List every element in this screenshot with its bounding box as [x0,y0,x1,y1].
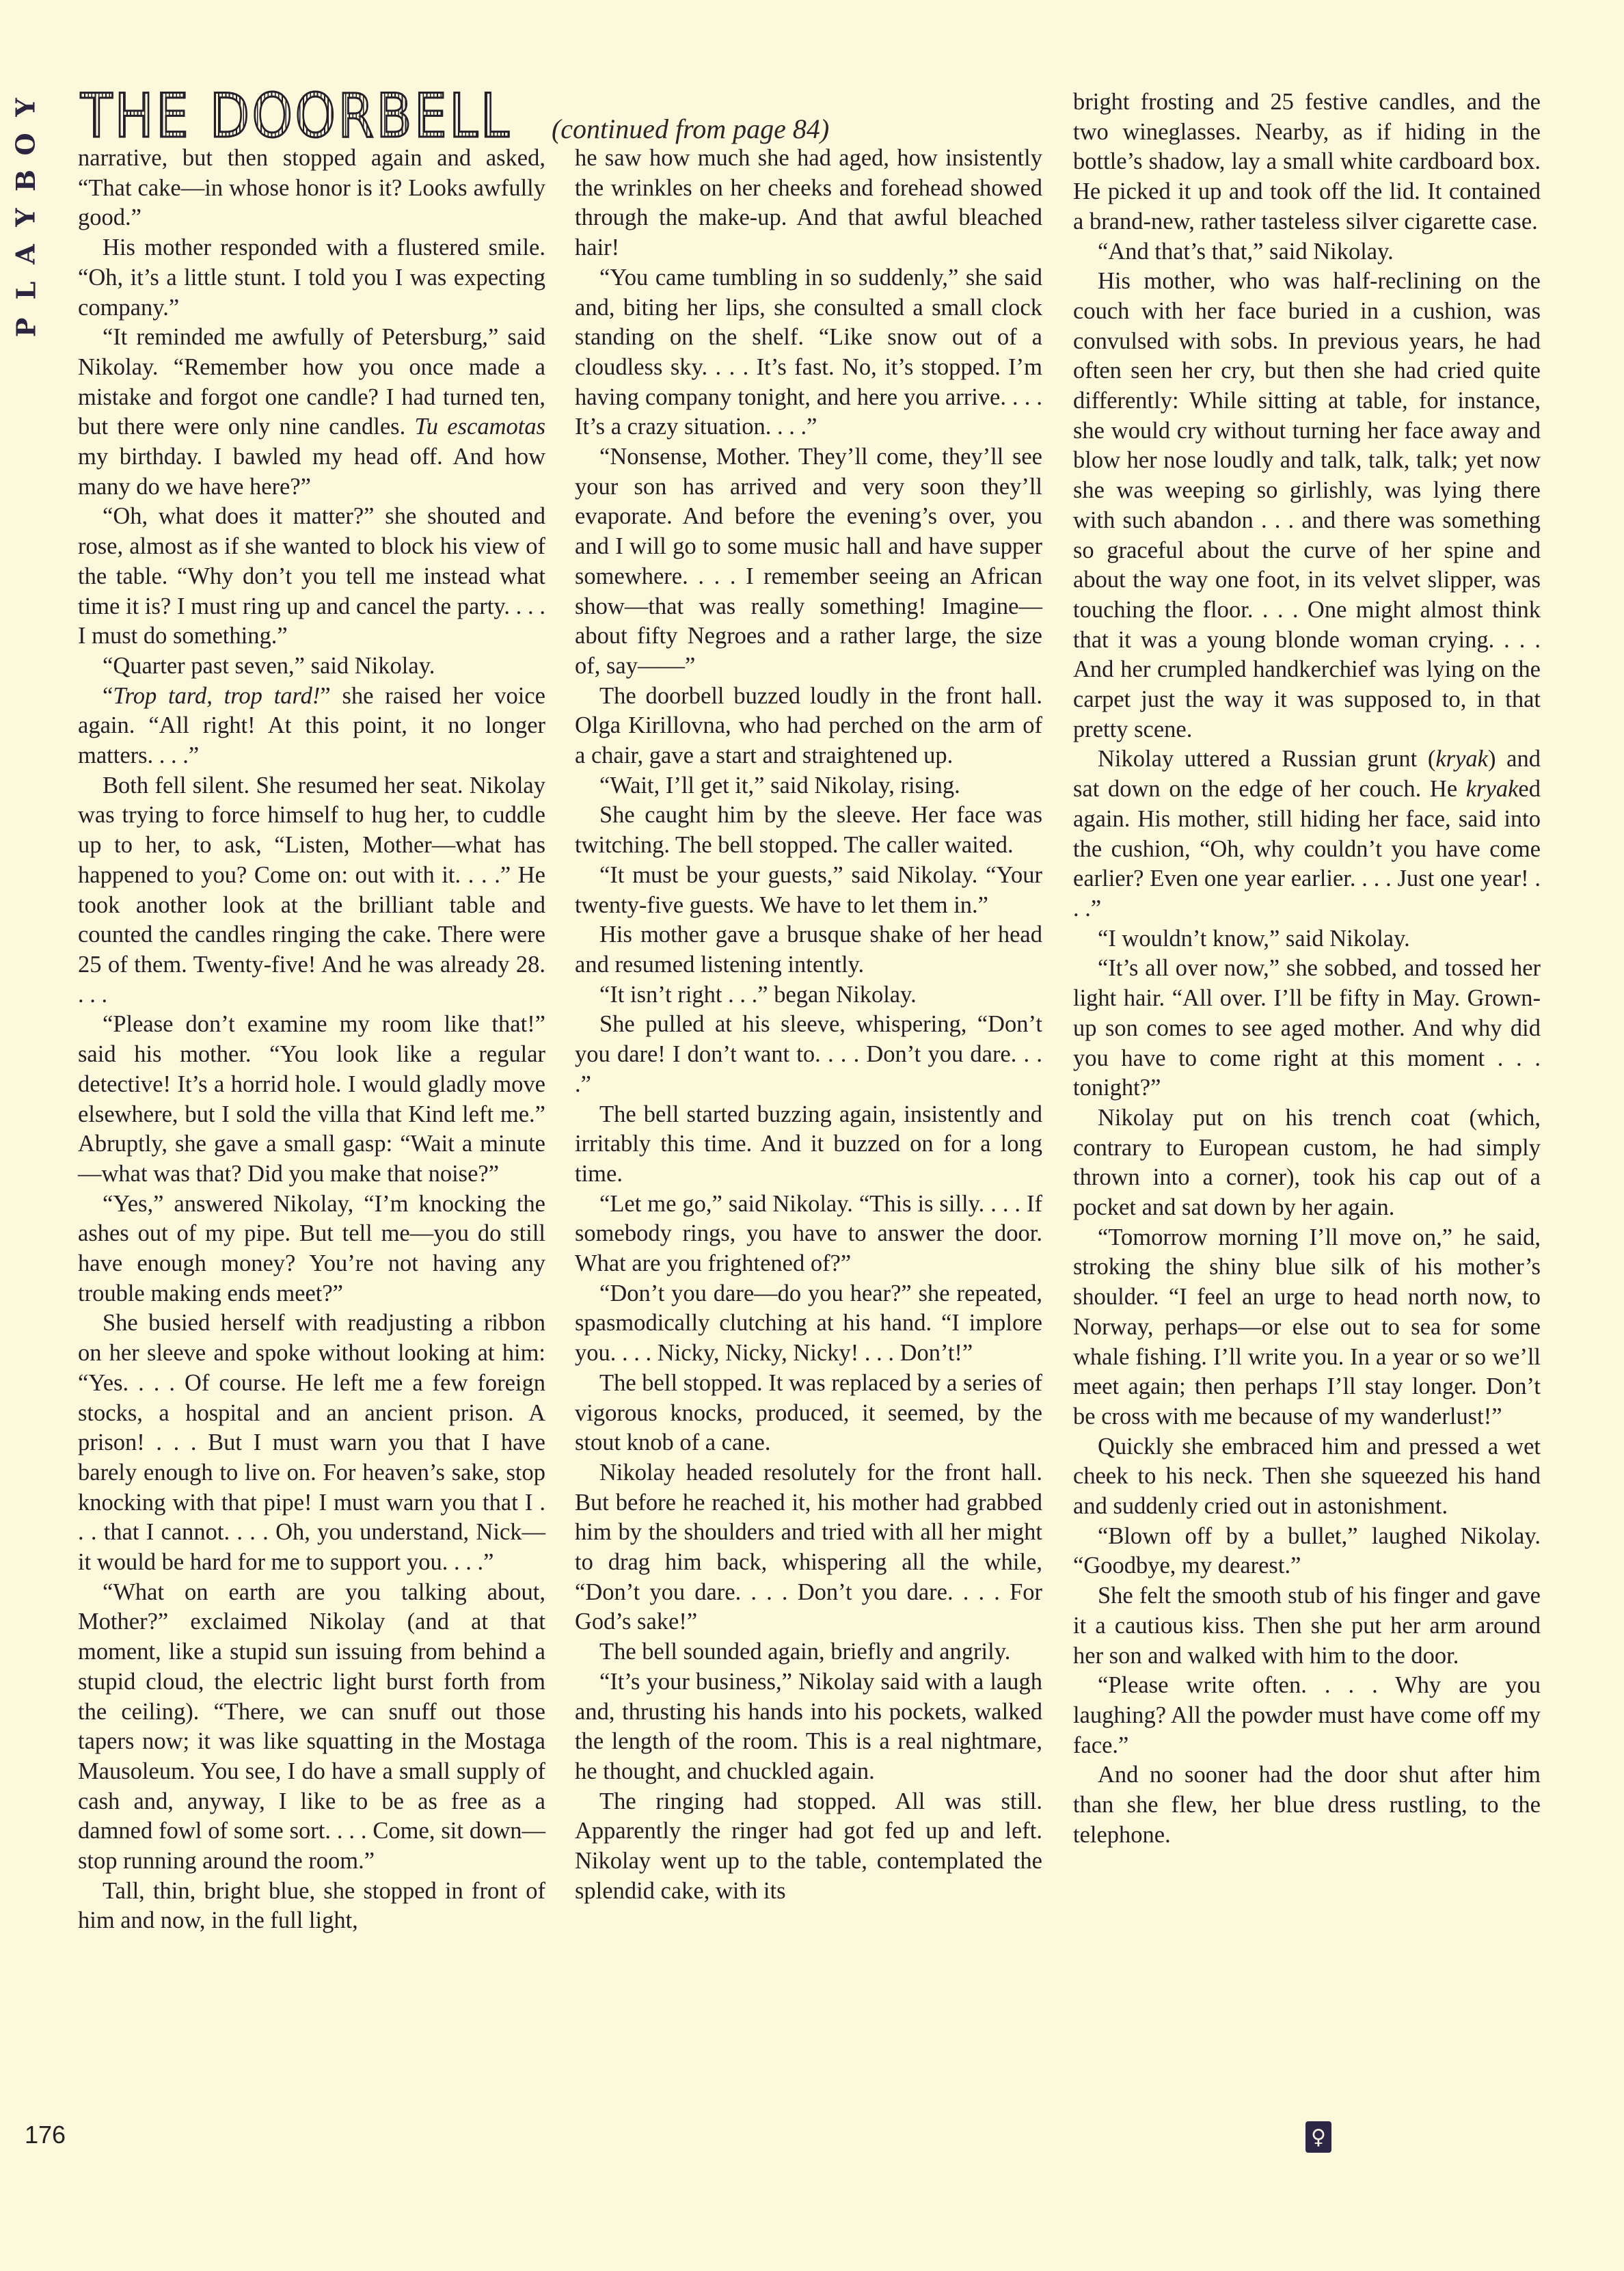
paragraph: She busied herself with readjusting a ri… [78,1308,545,1577]
paragraph: “Tomorrow morning I’ll move on,” he said… [1073,1223,1541,1432]
text-column-3: bright frosting and 25 festive candles, … [1073,88,1541,1850]
spine-letter: P [13,318,39,338]
paragraph: “Blown off by a bullet,” laughed Nikolay… [1073,1522,1541,1581]
paragraph: Nikolay uttered a Russian grunt (kryak) … [1073,744,1541,924]
paragraph: “Let me go,” said Nikolay. “This is sill… [575,1190,1042,1279]
paragraph: Quickly she embraced him and pressed a w… [1073,1432,1541,1522]
paragraph: “You came tumbling in so suddenly,” she … [575,263,1042,442]
paragraph: “And that’s that,” said Nikolay. [1073,237,1541,267]
paragraph: “Quarter past seven,” said Nikolay. [78,651,545,682]
paragraph: The bell started buzzing again, insisten… [575,1100,1042,1190]
paragraph: The bell sounded again, briefly and angr… [575,1637,1042,1667]
paragraph: Nikolay put on his trench coat (which, c… [1073,1103,1541,1223]
paragraph: “What on earth are you talking about, Mo… [78,1578,545,1877]
paragraph: And no sooner had the door shut after hi… [1073,1760,1541,1850]
article-title: THE DOORBELL [81,86,511,146]
paragraph: “Yes,” answered Nikolay, “I’m knocking t… [78,1190,545,1309]
paragraph: “It must be your guests,” said Nikolay. … [575,861,1042,920]
paragraph: “Don’t you dare—do you hear?” she repeat… [575,1279,1042,1369]
paragraph: “Nonsense, Mother. They’ll come, they’ll… [575,442,1042,682]
text-column-2: he saw how much she had aged, how insist… [575,144,1042,1906]
paragraph: “Please don’t examine my room like that!… [78,1010,545,1189]
magazine-name-vertical: P L A Y B O Y [12,94,40,340]
paragraph: “It’s your business,” Nikolay said with … [575,1667,1042,1787]
spine-letter: B [13,170,39,191]
spine-letter: Y [13,98,39,116]
continued-note: (continued from page 84) [552,113,829,145]
paragraph: “It isn’t right . . .” began Nikolay. [575,980,1042,1010]
paragraph: His mother responded with a flustered sm… [78,233,545,323]
paragraph: he saw how much she had aged, how insist… [575,144,1042,263]
paragraph: She pulled at his sleeve, whispering, “D… [575,1010,1042,1099]
spine-letter: O [13,133,39,155]
paragraph: The doorbell buzzed loudly in the front … [575,682,1042,771]
paragraph: The bell stopped. It was replaced by a s… [575,1369,1042,1458]
paragraph: Nikolay headed resolutely for the front … [575,1458,1042,1637]
paragraph: “Trop tard, trop tard!” she raised her v… [78,682,545,771]
paragraph: She caught him by the sleeve. Her face w… [575,801,1042,860]
spine-letter: A [13,244,39,264]
paragraph: “It reminded me awfully of Petersburg,” … [78,323,545,502]
paragraph: His mother, who was half-reclining on th… [1073,267,1541,744]
page-number: 176 [25,2121,66,2149]
paragraph: She felt the smooth stub of his finger a… [1073,1581,1541,1671]
spine-letter: Y [13,208,39,226]
paragraph: Both fell silent. She resumed her seat. … [78,771,545,1010]
spine-letter: L [13,282,39,300]
paragraph: Tall, thin, bright blue, she stopped in … [78,1877,545,1936]
article-header: THE DOORBELL (continued from page 84) [81,86,829,146]
paragraph: bright frosting and 25 festive candles, … [1073,88,1541,237]
paragraph: “Oh, what does it matter?” she shouted a… [78,502,545,651]
paragraph: “It’s all over now,” she sobbed, and tos… [1073,954,1541,1103]
rabbit-head-logo-icon: ♀ [1305,2121,1331,2153]
paragraph: “Wait, I’ll get it,” said Nikolay, risin… [575,771,1042,801]
paragraph: “I wouldn’t know,” said Nikolay. [1073,924,1541,954]
text-column-1: narrative, but then stopped again and as… [78,144,545,1936]
paragraph: narrative, but then stopped again and as… [78,144,545,233]
paragraph: “Please write often. . . . Why are you l… [1073,1671,1541,1760]
paragraph: The ringing had stopped. All was still. … [575,1787,1042,1907]
paragraph: His mother gave a brusque shake of her h… [575,920,1042,980]
